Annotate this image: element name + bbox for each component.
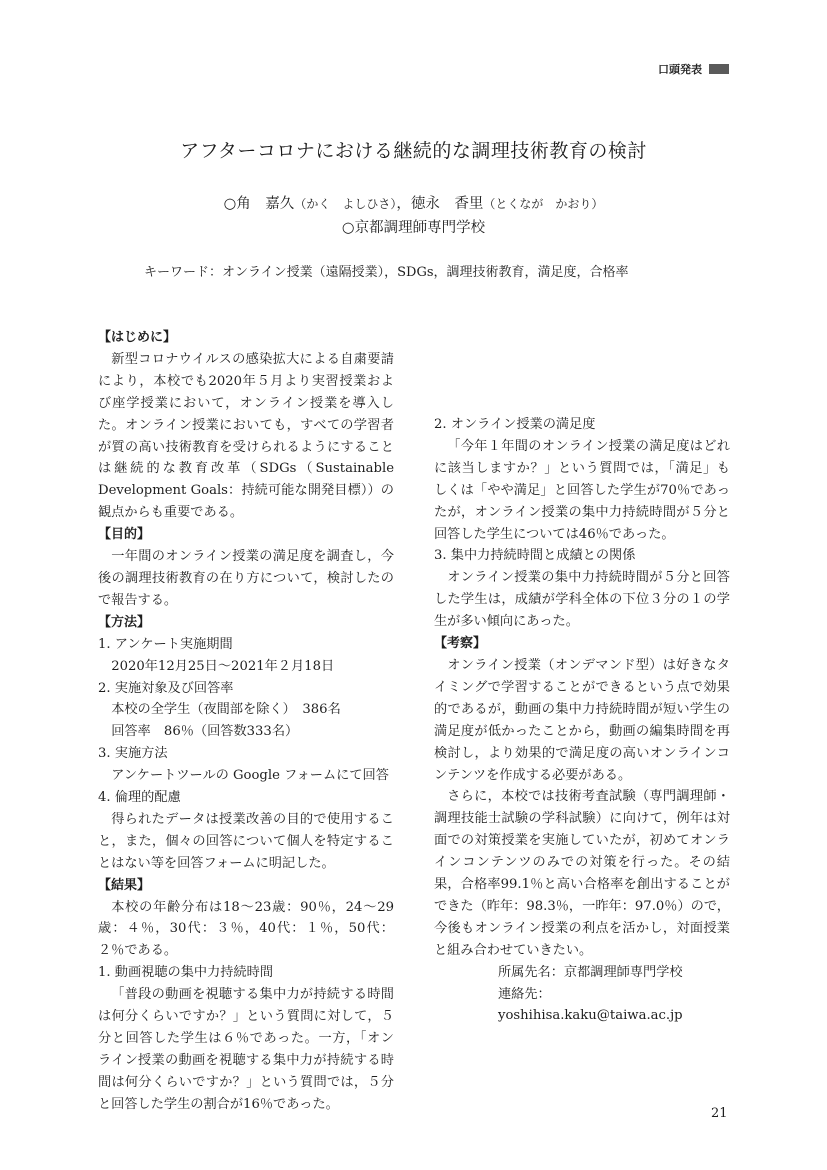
tag-bar-decoration (709, 64, 729, 74)
section-heading-discussion: 【考察】 (434, 633, 730, 655)
paper-title: アフターコロナにおける継続的な調理技術教育の検討 (0, 136, 827, 163)
page-number: 21 (711, 1106, 728, 1121)
method-item-4-line: 得られたデータは授業改善の目的で使用すること，また，個々の回答について個人を特定… (98, 809, 394, 875)
section-heading-results: 【結果】 (98, 875, 394, 897)
session-type-label: 口頭発表 (658, 61, 702, 77)
results-item-3-label: 3. 集中力持続時間と成績との関係 (434, 545, 730, 567)
right-column: 2. オンライン授業の満足度 「今年１年間のオンライン授業の満足度はどれに該当し… (434, 370, 730, 1027)
results-item-2-body: 「今年１年間のオンライン授業の満足度はどれに該当しますか？」という質問では，「満… (434, 436, 730, 546)
method-item-2-label: 2. 実施対象及び回答率 (98, 678, 394, 700)
intro-paragraph: 新型コロナウイルスの感染拡大による自粛要請により，本校でも2020年５月より実習… (98, 349, 394, 524)
method-item-4-label: 4. 倫理的配慮 (98, 787, 394, 809)
left-column: 【はじめに】 新型コロナウイルスの感染拡大による自粛要請により，本校でも2020… (98, 327, 394, 1049)
method-item-2-line-1: 本校の全学生（夜間部を除く） 386名 (98, 699, 394, 721)
session-type-tag: 口頭発表 (658, 61, 729, 77)
author-2-name: 徳永 香里 (411, 196, 484, 212)
section-heading-method: 【方法】 (98, 612, 394, 634)
author-1-name: ○角 嘉久 (224, 196, 295, 212)
method-item-3-label: 3. 実施方法 (98, 743, 394, 765)
discussion-paragraph-2: さらに，本校では技術考査試験（専門調理師・調理技能士試験の学科試験）に向けて，例… (434, 786, 730, 961)
author-separator: ， (396, 196, 411, 212)
contact-affiliation: 所属先名：京都調理師専門学校 (434, 962, 730, 984)
results-item-1-body: 「普段の動画を視聴する集中力が持続する時間は何分くらいですか？」という質問に対し… (98, 984, 394, 1049)
method-item-3-line: アンケートツールの Google フォームにて回答 (98, 765, 394, 787)
authors-line: ○角 嘉久（かく よしひさ），徳永 香里（とくなが かおり） (0, 192, 827, 216)
method-item-1-label: 1. アンケート実施期間 (98, 634, 394, 656)
author-2-reading: （とくなが かおり） (483, 197, 603, 211)
results-item-3-body: オンライン授業の集中力持続時間が５分と回答した学生は，成績が学科全体の下位３分の… (434, 567, 730, 633)
method-item-1-line: 2020年12月25日～2021年２月18日 (98, 656, 394, 678)
section-heading-purpose: 【目的】 (98, 524, 394, 546)
method-item-2-line-2: 回答率 86％（回答数333名） (98, 721, 394, 743)
affiliation: ○京都調理師専門学校 (0, 216, 827, 240)
discussion-paragraph-1: オンライン授業（オンデマンド型）は好きなタイミングで学習することができるという点… (434, 655, 730, 786)
purpose-paragraph: 一年間のオンライン授業の満足度を調査し，今後の調理技術教育の在り方について，検討… (98, 546, 394, 612)
keywords: キーワード：オンライン授業（遠隔授業），SDGs，調理技術教育，満足度，合格率 (144, 262, 704, 284)
contact-email: 連絡先：yoshihisa.kaku@taiwa.ac.jp (434, 984, 730, 1028)
author-1-reading: （かく よしひさ） (294, 197, 396, 211)
results-item-1-label: 1. 動画視聴の集中力持続時間 (98, 962, 394, 984)
results-paragraph: 本校の年齢分布は18～23歳：90％，24～29歳：４％，30代：３％，40代：… (98, 897, 394, 963)
section-heading-intro: 【はじめに】 (98, 327, 394, 349)
results-item-2-label: 2. オンライン授業の満足度 (434, 414, 730, 436)
